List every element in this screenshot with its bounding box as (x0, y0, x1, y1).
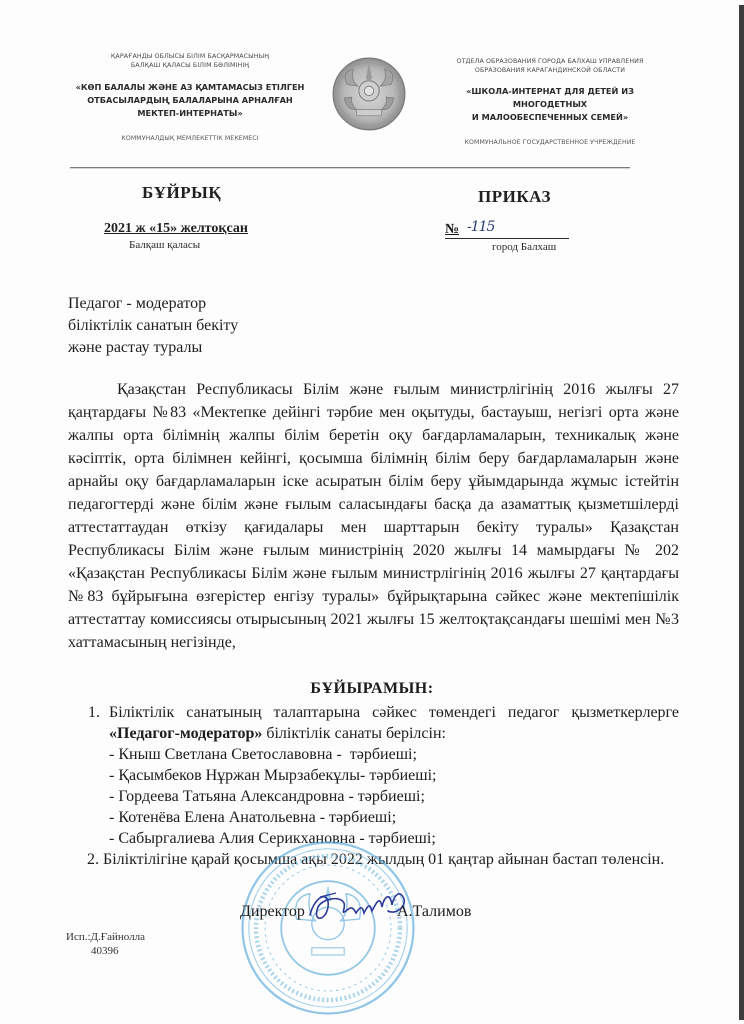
signatory-name: А.Талимов (397, 903, 471, 921)
staff-item: - Қасымбеков Нұржан Мырзабекұлы- тәрбиеш… (109, 765, 679, 786)
executor-name: Исп.:Д.Ғайнолла (66, 930, 145, 944)
header-right-ru: ОТДЕЛА ОБРАЗОВАНИЯ ГОРОДА БАЛХАШ УПРАВЛЕ… (428, 57, 672, 147)
executor-phone: 40396 (66, 944, 145, 958)
preamble-paragraph: Қазақстан Республикасы Білім және ғылым … (68, 378, 679, 654)
handwritten-number: -115 (467, 219, 494, 235)
organization-name: «КӨП БАЛАЛЫ ЖӘНЕ АЗ ҚАМТАМАСЫЗ ЕТІЛГЕН О… (70, 81, 310, 120)
staff-item: - Кныш Светлана Светославовна - тәрбиеші… (109, 744, 679, 765)
order-number: № -115 (445, 222, 569, 239)
authority-line: ОБРАЗОВАНИЯ КАРАГАНДИНСКОЙ ОБЛАСТИ (428, 66, 672, 75)
executor-info: Исп.:Д.Ғайнолла 40396 (66, 930, 145, 958)
header-divider (70, 167, 630, 168)
organization-name: «ШКОЛА-ИНТЕРНАТ ДЛЯ ДЕТЕЙ ИЗ МНОГОДЕТНЫХ… (428, 85, 672, 124)
order-item-1: 1. Біліктілік санатының талаптарына сәйк… (88, 702, 679, 849)
city-kz: Балқаш қаласы (129, 239, 200, 251)
header-left-kz: ҚАРАҒАНДЫ ОБЛЫСЫ БІЛІМ БАСҚАРМАСЫНЫҢ БАЛ… (70, 52, 310, 143)
order-heading: БҰЙЫРАМЫН: (0, 680, 744, 698)
document-title-ru: ПРИКАЗ (478, 187, 551, 207)
order-subject: Педагог - модератор біліктілік санатын б… (68, 293, 238, 359)
authority-line: ОТДЕЛА ОБРАЗОВАНИЯ ГОРОДА БАЛХАШ УПРАВЛЕ… (428, 57, 672, 66)
organization-kind: КОММУНАЛЬНОЕ ГОСУДАРСТВЕННОЕ УЧРЕЖДЕНИЕ (428, 138, 672, 147)
staff-item: - Котенёва Елена Анатольевна - тәрбиеші; (109, 807, 679, 828)
signatory-position: Директор (240, 903, 305, 921)
state-emblem-icon (330, 55, 408, 133)
document-page: ҚАРАҒАНДЫ ОБЛЫСЫ БІЛІМ БАСҚАРМАСЫНЫҢ БАЛ… (0, 0, 744, 1024)
document-title-kz: БҰЙРЫҚ (142, 183, 221, 203)
authority-line: БАЛҚАШ ҚАЛАСЫ БІЛІМ БӨЛІМІНІҢ (70, 61, 310, 70)
city-ru: город Балхаш (492, 241, 556, 253)
item-text: Біліктілік санатының талаптарына сәйкес … (109, 702, 679, 744)
handwritten-signature-icon (300, 885, 410, 930)
category-name: «Педагог-модератор» (109, 725, 262, 742)
authority-line: ҚАРАҒАНДЫ ОБЛЫСЫ БІЛІМ БАСҚАРМАСЫНЫҢ (70, 52, 310, 61)
staff-list: - Кныш Светлана Светославовна - тәрбиеші… (88, 744, 679, 849)
item-number: 1. (88, 702, 100, 723)
organization-kind: КОММУНАЛДЫҚ МЕМЛЕКЕТТІК МЕКЕМЕСІ (70, 134, 310, 143)
scan-edge (739, 5, 744, 1020)
order-date: 2021 ж «15» желтоқсан (104, 221, 248, 237)
staff-item: - Гордеева Татьяна Александровна - тәрби… (109, 786, 679, 807)
number-sign: № (445, 222, 459, 237)
